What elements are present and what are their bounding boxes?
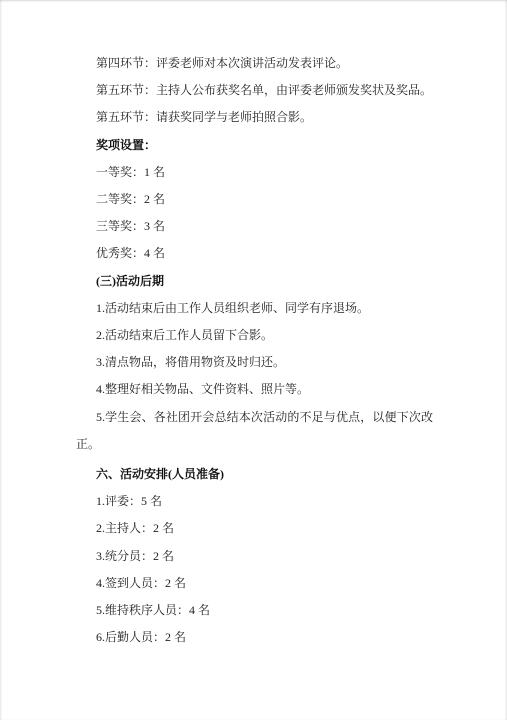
- para-post-groupphoto: 2.活动结束后工作人员留下合影。: [76, 322, 433, 349]
- para-post-review: 5.学生会、各社团开会总结本次活动的不足与优点，以便下次改正。: [76, 404, 433, 458]
- para-post-inventory: 3.清点物品，将借用物资及时归还。: [76, 349, 433, 376]
- heading-staff-arrangement: 六、活动安排(人员准备): [76, 461, 433, 488]
- para-staff-judges: 1.评委：5 名: [76, 488, 433, 515]
- para-award-third: 三等奖：3 名: [76, 213, 433, 240]
- para-stage5-announce: 第五环节：主持人公布获奖名单，由评委老师颁发奖状及奖品。: [76, 77, 433, 104]
- para-staff-scorers: 3.统分员：2 名: [76, 543, 433, 570]
- para-stage5-photo: 第五环节：请获奖同学与老师拍照合影。: [76, 104, 433, 131]
- para-post-exit: 1.活动结束后由工作人员组织老师、同学有序退场。: [76, 295, 433, 322]
- para-award-first: 一等奖：1 名: [76, 159, 433, 186]
- para-staff-signin: 4.签到人员：2 名: [76, 570, 433, 597]
- para-staff-logistics: 6.后勤人员：2 名: [76, 624, 433, 651]
- para-post-organize: 4.整理好相关物品、文件资料、照片等。: [76, 376, 433, 403]
- heading-awards-setup: 奖项设置：: [76, 132, 433, 159]
- para-stage4-comment: 第四环节：评委老师对本次演讲活动发表评论。: [76, 50, 433, 77]
- para-award-merit: 优秀奖：4 名: [76, 240, 433, 267]
- para-staff-order: 5.维持秩序人员：4 名: [76, 597, 433, 624]
- heading-post-activity: (三)活动后期: [76, 268, 433, 295]
- para-staff-hosts: 2.主持人：2 名: [76, 515, 433, 542]
- document-body: 第四环节：评委老师对本次演讲活动发表评论。 第五环节：主持人公布获奖名单，由评委…: [76, 50, 433, 651]
- para-award-second: 二等奖：2 名: [76, 186, 433, 213]
- document-page: 第四环节：评委老师对本次演讲活动发表评论。 第五环节：主持人公布获奖名单，由评委…: [0, 0, 507, 720]
